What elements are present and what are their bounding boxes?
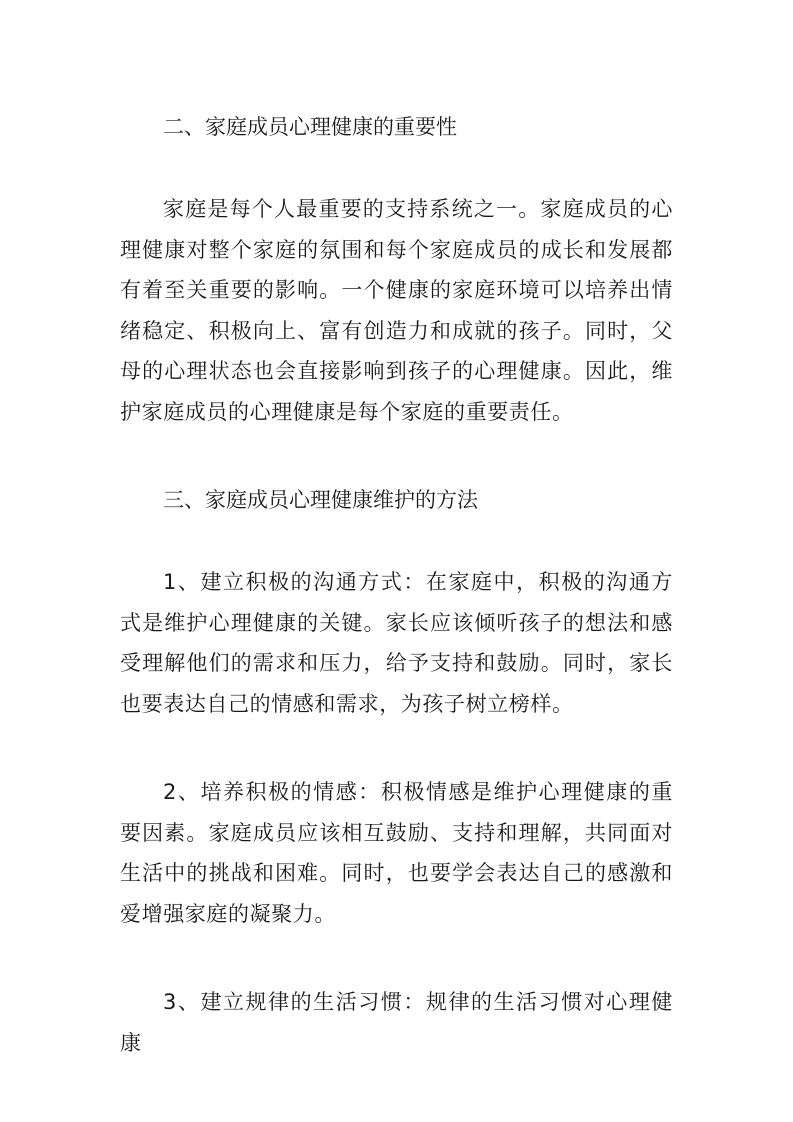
paragraph-method-positive-emotion: 2、培养积极的情感：积极情感是维护心理健康的重要因素。家庭成员应该相互鼓励、支持… xyxy=(120,772,673,934)
paragraph-method-regular-habits: 3、建立规律的生活习惯：规律的生活习惯对心理健康 xyxy=(120,982,673,1063)
section-heading-importance: 二、家庭成员心理健康的重要性 xyxy=(163,112,457,142)
paragraph-method-communication: 1、建立积极的沟通方式：在家庭中，积极的沟通方式是维护心理健康的关键。家长应该倾… xyxy=(120,562,673,724)
paragraph-importance: 家庭是每个人最重要的支持系统之一。家庭成员的心理健康对整个家庭的氛围和每个家庭成… xyxy=(120,189,673,432)
section-heading-methods: 三、家庭成员心理健康维护的方法 xyxy=(163,485,478,515)
